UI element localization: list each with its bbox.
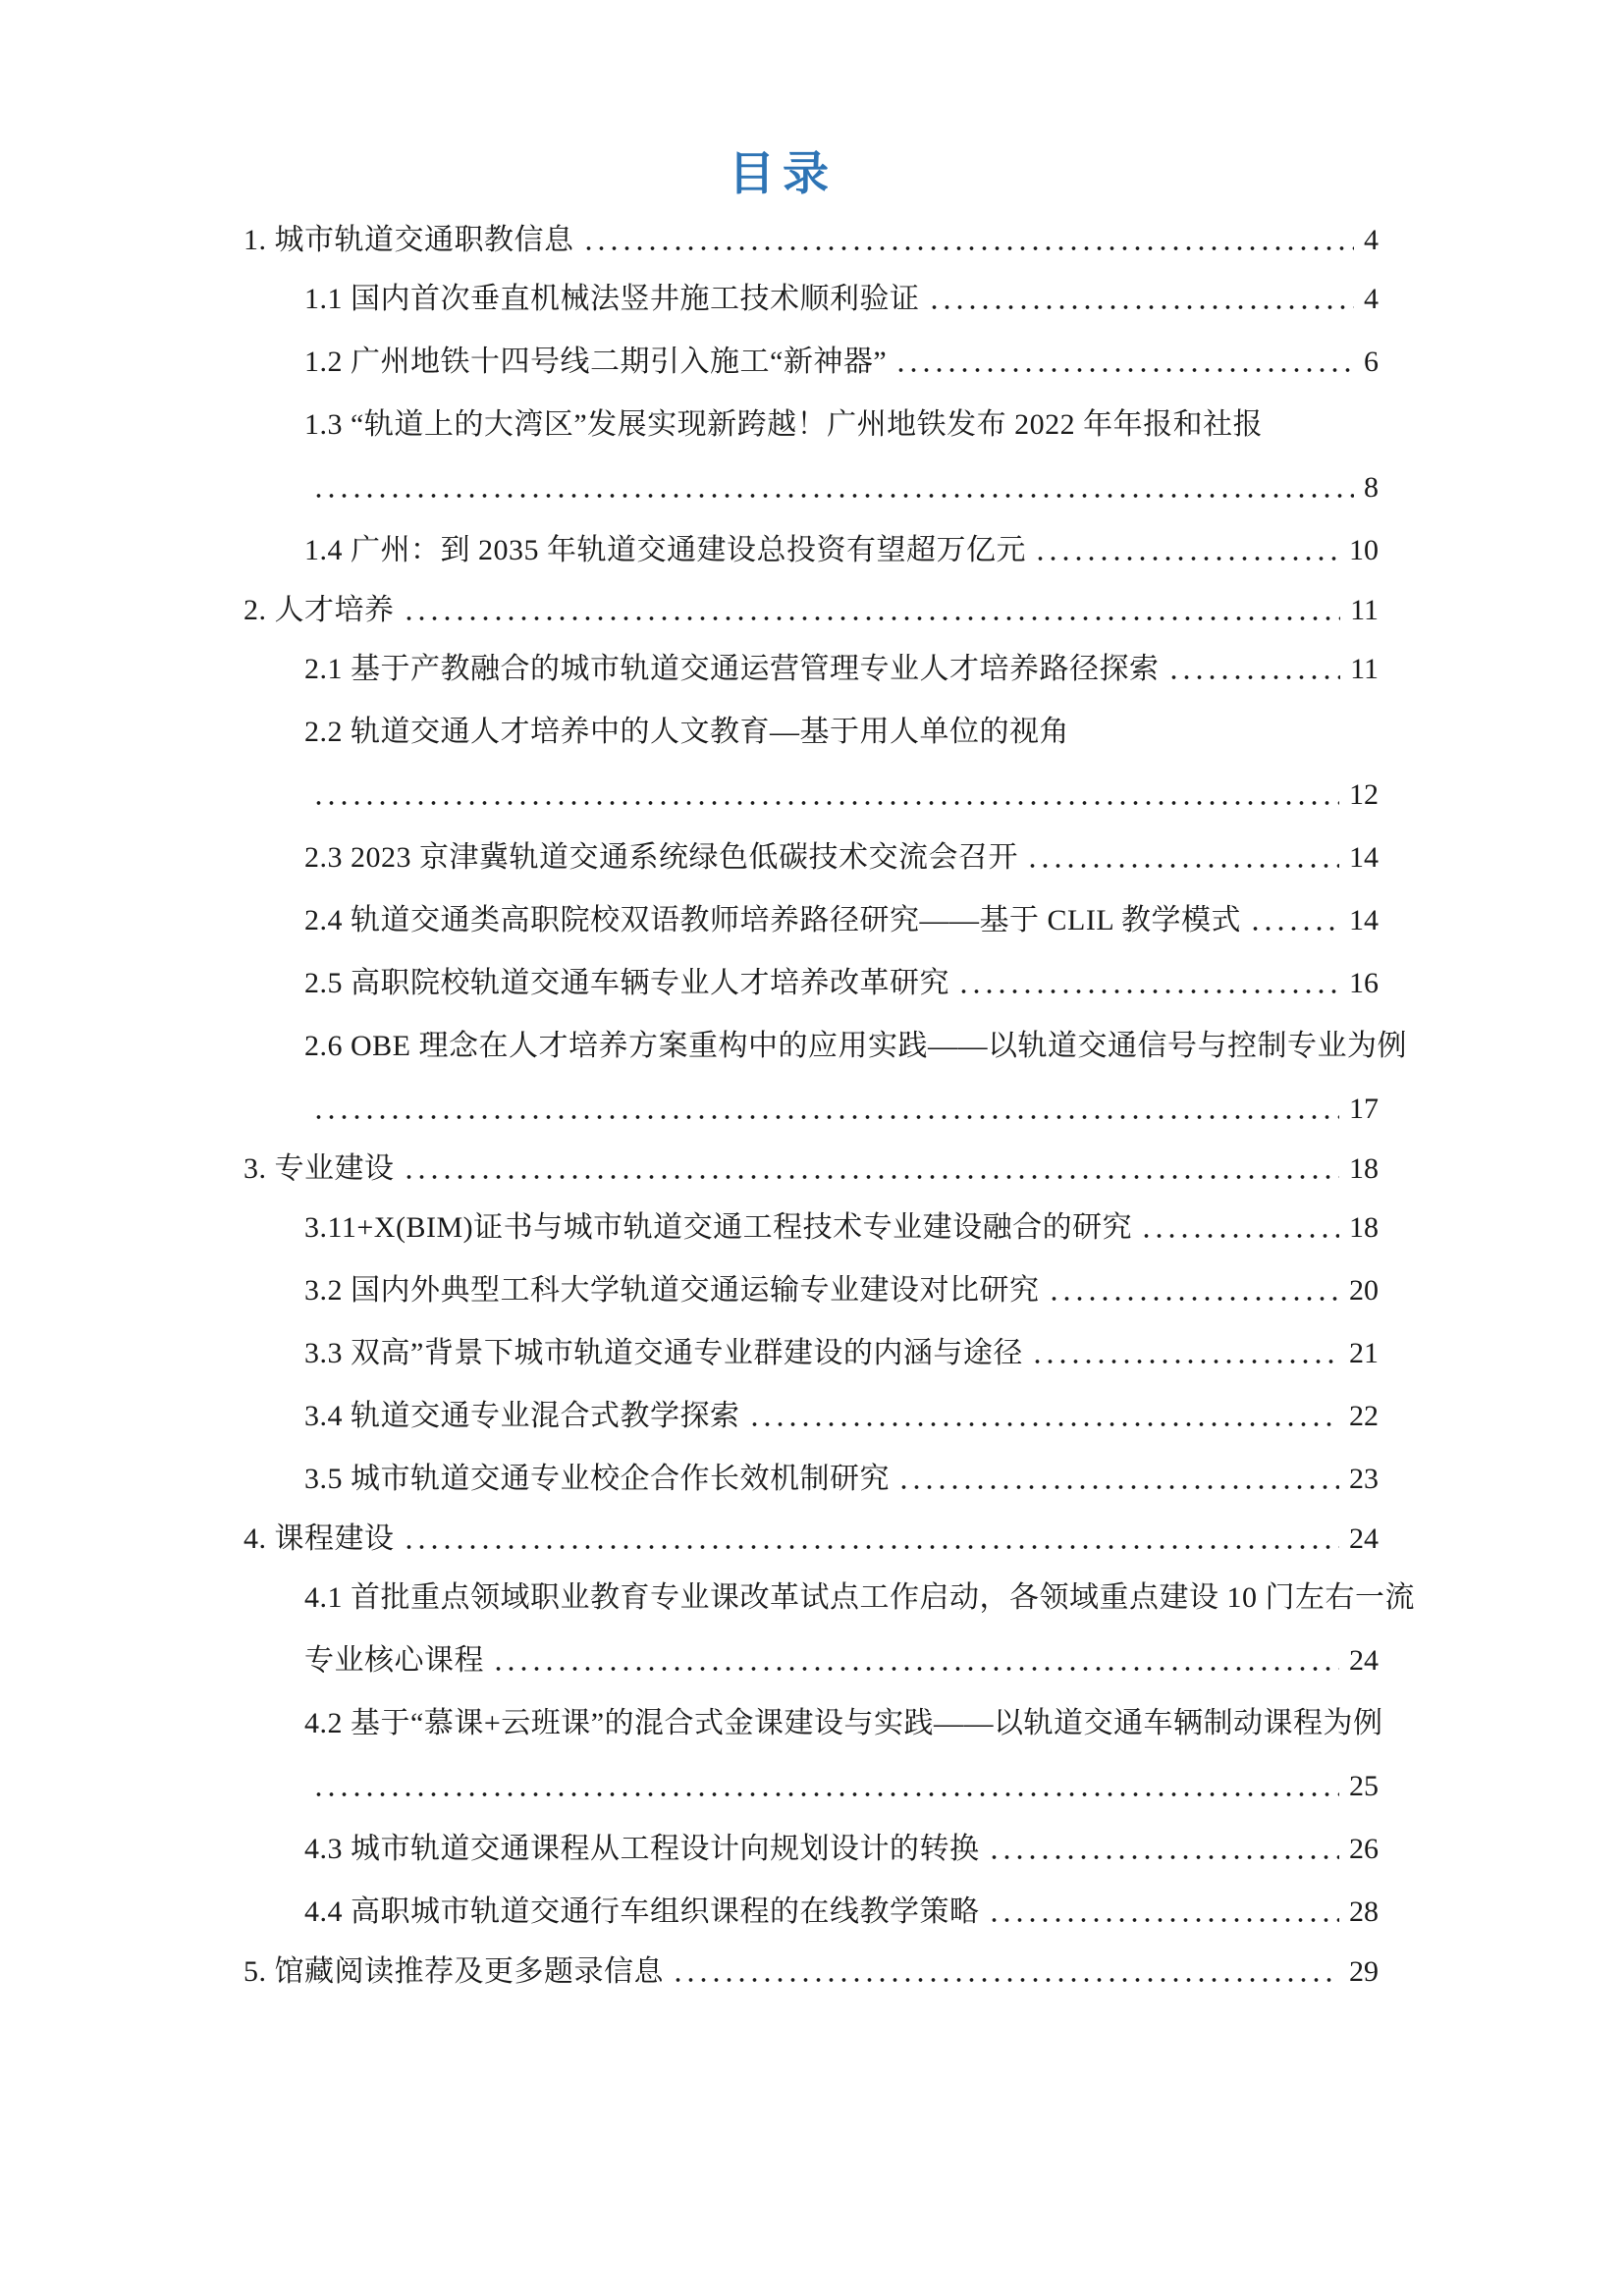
toc-page-number[interactable]: 26	[1349, 1835, 1379, 1864]
dot-leader	[1048, 1297, 1340, 1301]
toc-row[interactable]: 1.4 广州：到 2035 年轨道交通建设总投资有望超万亿元 10	[244, 519, 1379, 582]
dot-leader	[312, 1792, 1339, 1796]
toc-entry-text[interactable]: 4. 课程建设	[244, 1524, 395, 1554]
toc-row[interactable]: 3.11+X(BIM)证书与城市轨道交通工程技术专业建设融合的研究 18	[244, 1197, 1379, 1259]
toc-entry-text[interactable]: 3. 专业建设	[244, 1154, 395, 1184]
toc-page-number[interactable]: 14	[1349, 843, 1379, 873]
toc-entry-text[interactable]: 3.5 城市轨道交通专业校企合作长效机制研究	[304, 1465, 890, 1494]
dot-leader	[988, 1918, 1340, 1922]
toc-row[interactable]: 4.4 高职城市轨道交通行车组织课程的在线教学策略 28	[244, 1881, 1379, 1944]
toc-page-number[interactable]: 10	[1349, 536, 1379, 565]
toc-entry-text[interactable]: 4.1 首批重点领域职业教育专业课改革试点工作启动，各领域重点建设 10 门左右…	[304, 1583, 1415, 1613]
toc-page-number[interactable]: 16	[1349, 969, 1379, 998]
toc-row[interactable]: 1. 城市轨道交通职教信息 4	[244, 212, 1379, 268]
dot-leader	[1167, 675, 1341, 679]
toc-entry-text[interactable]: 2.5 高职院校轨道交通车辆专业人才培养改革研究	[304, 969, 949, 998]
toc-page-number[interactable]: 17	[1349, 1095, 1379, 1124]
toc-page-number[interactable]: 11	[1350, 655, 1379, 684]
toc-page-number[interactable]: 22	[1349, 1402, 1379, 1431]
toc-entry-text[interactable]: 1.3 “轨道上的大湾区”发展实现新跨越！广州地铁发布 2022 年年报和社报	[304, 410, 1263, 440]
toc-row[interactable]: 2.4 轨道交通类高职院校双语教师培养路径研究——基于 CLIL 教学模式 14	[244, 889, 1379, 952]
toc-entry-text[interactable]: 4.2 基于“慕课+云班课”的混合式金课建设与实践——以轨道交通车辆制动课程为例	[304, 1709, 1383, 1738]
toc-entry-text[interactable]: 2. 人才培养	[244, 596, 395, 625]
toc-row[interactable]: 1.3 “轨道上的大湾区”发展实现新跨越！广州地铁发布 2022 年年报和社报	[244, 394, 1379, 456]
toc-entry-text[interactable]: 1.4 广州：到 2035 年轨道交通建设总投资有望超万亿元	[304, 536, 1026, 565]
toc-row[interactable]: 2.3 2023 京津冀轨道交通系统绿色低碳技术交流会召开 14	[244, 827, 1379, 889]
toc-row[interactable]: 2.6 OBE 理念在人才培养方案重构中的应用实践——以轨道交通信号与控制专业为…	[244, 1015, 1379, 1078]
toc-row[interactable]: 17	[244, 1078, 1379, 1141]
dot-leader	[988, 1855, 1340, 1859]
toc-page-number[interactable]: 24	[1349, 1646, 1379, 1676]
toc-row[interactable]: 3.2 国内外典型工科大学轨道交通运输专业建设对比研究 20	[244, 1259, 1379, 1322]
toc-row[interactable]: 4. 课程建设 24	[244, 1511, 1379, 1567]
toc-entry-text[interactable]: 2.3 2023 京津冀轨道交通系统绿色低碳技术交流会召开	[304, 843, 1018, 873]
document-page: 目录 1. 城市轨道交通职教信息 4 1.1 国内首次垂直机械法竖井施工技术顺利…	[0, 0, 1624, 2296]
dot-leader	[1140, 1234, 1339, 1238]
toc-page-number[interactable]: 23	[1349, 1465, 1379, 1494]
toc-row[interactable]: 2.1 基于产教融合的城市轨道交通运营管理专业人才培养路径探索 11	[244, 638, 1379, 701]
toc-row[interactable]: 4.1 首批重点领域职业教育专业课改革试点工作启动，各领域重点建设 10 门左右…	[244, 1567, 1379, 1629]
toc-page-number[interactable]: 28	[1349, 1897, 1379, 1927]
toc-row[interactable]: 3.3 双高”背景下城市轨道交通专业群建设的内涵与途径 21	[244, 1322, 1379, 1385]
toc-entry-text[interactable]: 3.4 轨道交通专业混合式教学探索	[304, 1402, 740, 1431]
dot-leader	[312, 801, 1339, 805]
toc-row[interactable]: 4.3 城市轨道交通课程从工程设计向规划设计的转换 26	[244, 1818, 1379, 1881]
page-title: 目录	[0, 137, 1595, 203]
dot-leader	[492, 1667, 1339, 1671]
toc-row[interactable]: 25	[244, 1755, 1379, 1818]
toc-entry-text[interactable]: 专业核心课程	[304, 1646, 484, 1676]
dot-leader	[957, 989, 1339, 993]
dot-leader	[928, 305, 1355, 309]
toc-entry-text[interactable]: 3.3 双高”背景下城市轨道交通专业群建设的内涵与途径	[304, 1339, 1023, 1368]
toc-entry-text[interactable]: 1.2 广州地铁十四号线二期引入施工“新神器”	[304, 347, 887, 377]
toc-page-number[interactable]: 4	[1364, 285, 1379, 314]
dot-leader	[894, 368, 1354, 372]
toc-page-number[interactable]: 24	[1349, 1524, 1379, 1554]
toc-row[interactable]: 2. 人才培养 11	[244, 582, 1379, 638]
dot-leader	[403, 616, 1341, 620]
toc-row[interactable]: 3.5 城市轨道交通专业校企合作长效机制研究 23	[244, 1448, 1379, 1511]
toc-row[interactable]: 3. 专业建设 18	[244, 1141, 1379, 1197]
toc-entry-text[interactable]: 2.6 OBE 理念在人才培养方案重构中的应用实践——以轨道交通信号与控制专业为…	[304, 1032, 1407, 1061]
toc-page-number[interactable]: 12	[1349, 780, 1379, 810]
dot-leader	[1031, 1360, 1339, 1363]
toc-entry-text[interactable]: 1.1 国内首次垂直机械法竖井施工技术顺利验证	[304, 285, 920, 314]
dot-leader	[403, 1175, 1340, 1179]
toc-entry-text[interactable]: 3.2 国内外典型工科大学轨道交通运输专业建设对比研究	[304, 1276, 1040, 1306]
toc-row[interactable]: 3.4 轨道交通专业混合式教学探索 22	[244, 1385, 1379, 1448]
toc-row[interactable]: 专业核心课程 24	[244, 1629, 1379, 1692]
toc-page-number[interactable]: 25	[1349, 1772, 1379, 1801]
toc-row[interactable]: 1.1 国内首次垂直机械法竖井施工技术顺利验证 4	[244, 268, 1379, 331]
toc-entry-text[interactable]: 4.4 高职城市轨道交通行车组织课程的在线教学策略	[304, 1897, 980, 1927]
toc-entry-text[interactable]: 5. 馆藏阅读推荐及更多题录信息	[244, 1957, 664, 1987]
toc-row[interactable]: 4.2 基于“慕课+云班课”的混合式金课建设与实践——以轨道交通车辆制动课程为例	[244, 1692, 1379, 1755]
toc-page-number[interactable]: 14	[1349, 906, 1379, 935]
toc-page-number[interactable]: 18	[1349, 1213, 1379, 1243]
toc-entry-text[interactable]: 2.4 轨道交通类高职院校双语教师培养路径研究——基于 CLIL 教学模式	[304, 906, 1241, 935]
toc-entry-text[interactable]: 3.11+X(BIM)证书与城市轨道交通工程技术专业建设融合的研究	[304, 1213, 1132, 1243]
dot-leader	[312, 494, 1354, 498]
toc-row[interactable]: 12	[244, 764, 1379, 827]
dot-leader	[1034, 557, 1339, 561]
dot-leader	[748, 1422, 1340, 1426]
toc-row[interactable]: 2.5 高职院校轨道交通车辆专业人才培养改革研究 16	[244, 952, 1379, 1015]
toc-row[interactable]: 2.2 轨道交通人才培养中的人文教育—基于用人单位的视角	[244, 701, 1379, 764]
table-of-contents: 1. 城市轨道交通职教信息 4 1.1 国内首次垂直机械法竖井施工技术顺利验证 …	[244, 212, 1379, 2000]
toc-page-number[interactable]: 11	[1350, 596, 1379, 625]
dot-leader	[403, 1545, 1340, 1549]
toc-row[interactable]: 8	[244, 456, 1379, 519]
dot-leader	[582, 246, 1355, 250]
toc-page-number[interactable]: 18	[1349, 1154, 1379, 1184]
toc-entry-text[interactable]: 2.1 基于产教融合的城市轨道交通运营管理专业人才培养路径探索	[304, 655, 1160, 684]
dot-leader	[672, 1978, 1339, 1982]
toc-page-number[interactable]: 21	[1349, 1339, 1379, 1368]
toc-page-number[interactable]: 4	[1364, 226, 1379, 255]
toc-page-number[interactable]: 6	[1364, 347, 1379, 377]
toc-page-number[interactable]: 29	[1349, 1957, 1379, 1987]
dot-leader	[1026, 864, 1339, 868]
toc-row[interactable]: 1.2 广州地铁十四号线二期引入施工“新神器” 6	[244, 331, 1379, 394]
toc-entry-text[interactable]: 1. 城市轨道交通职教信息	[244, 226, 574, 255]
toc-page-number[interactable]: 8	[1364, 473, 1379, 503]
dot-leader	[312, 1115, 1339, 1119]
dot-leader	[897, 1485, 1339, 1489]
toc-entry-text[interactable]: 4.3 城市轨道交通课程从工程设计向规划设计的转换	[304, 1835, 980, 1864]
toc-entry-text[interactable]: 2.2 轨道交通人才培养中的人文教育—基于用人单位的视角	[304, 718, 1069, 747]
toc-page-number[interactable]: 20	[1349, 1276, 1379, 1306]
dot-leader	[1249, 927, 1339, 931]
toc-row[interactable]: 5. 馆藏阅读推荐及更多题录信息 29	[244, 1944, 1379, 2000]
